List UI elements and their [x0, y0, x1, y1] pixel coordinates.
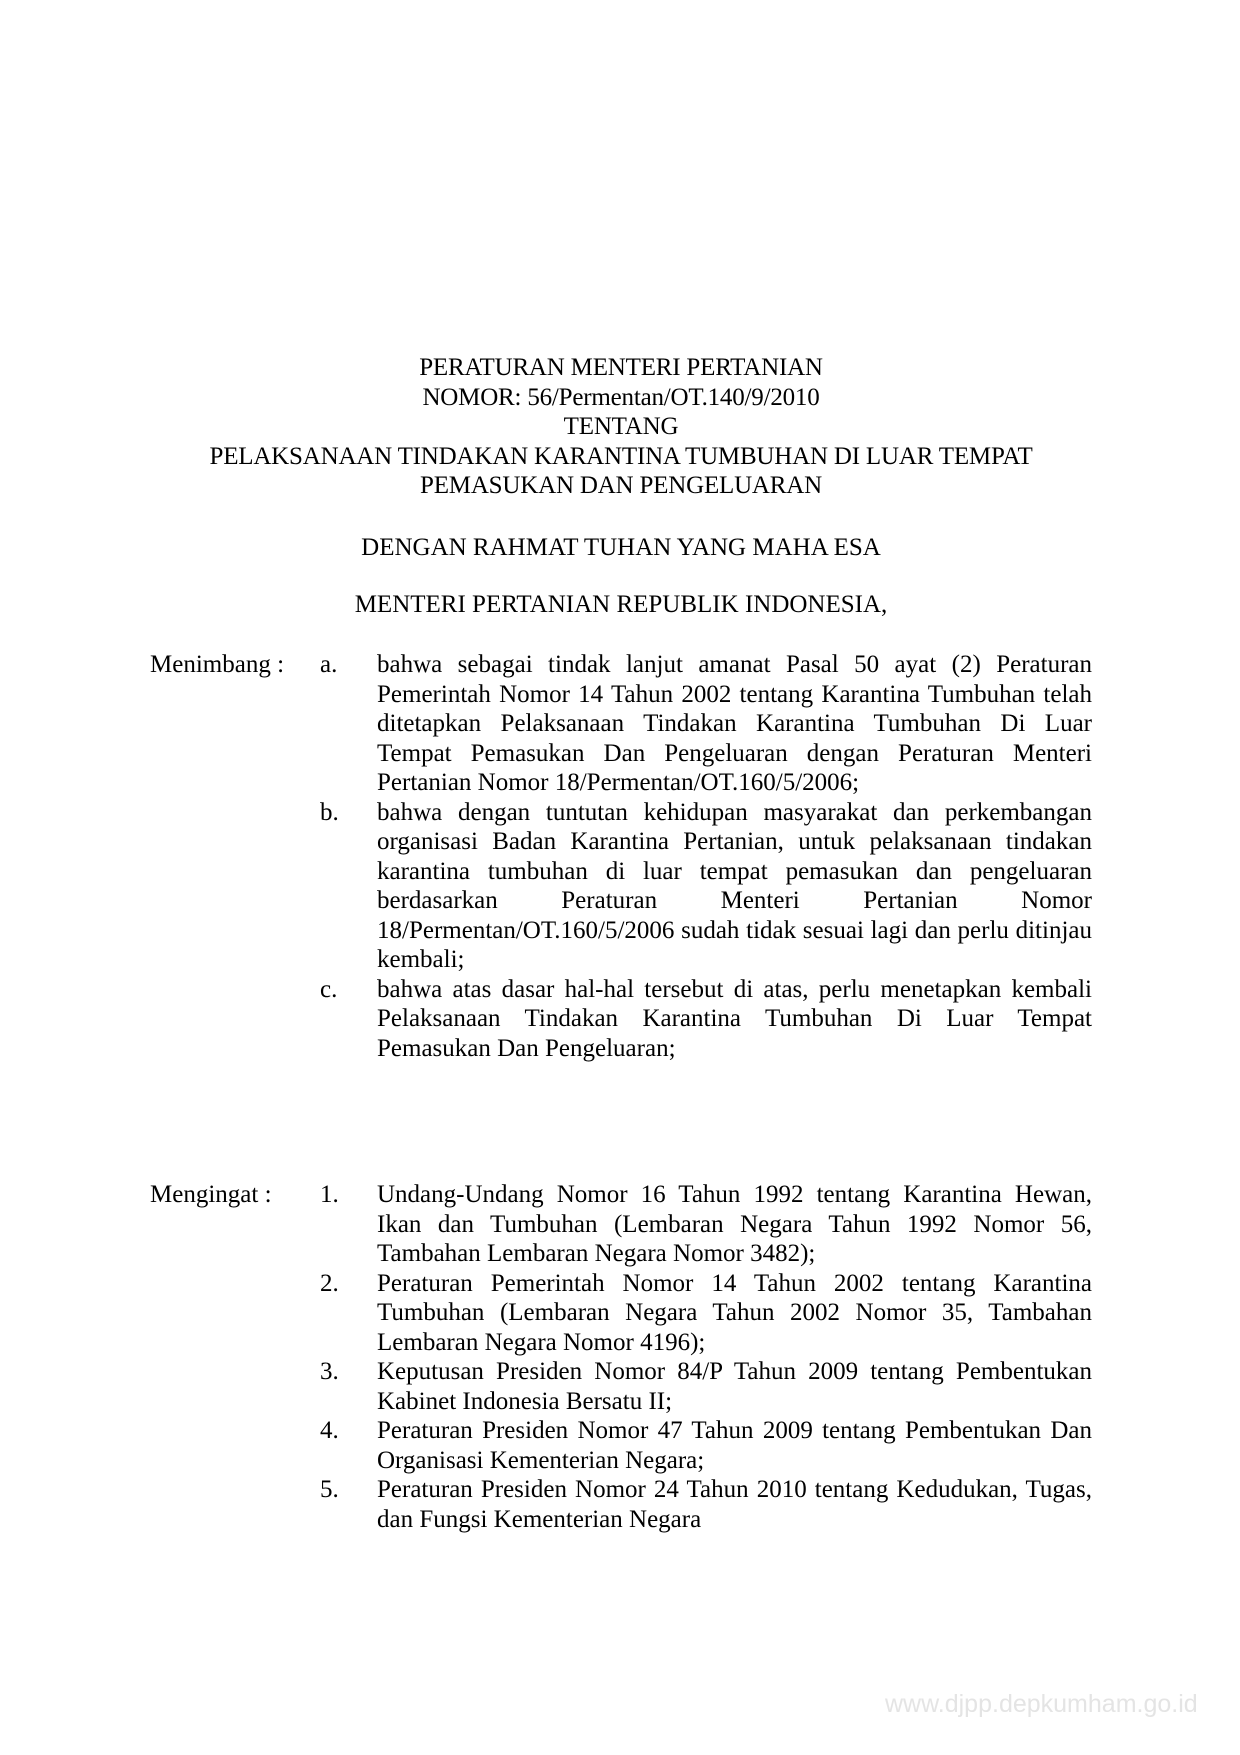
item-marker: b. — [320, 798, 339, 828]
issuer: MENTERI PERTANIAN REPUBLIK INDONESIA, — [150, 590, 1092, 620]
item-marker: 5. — [320, 1475, 339, 1505]
title-line: TENTANG — [150, 412, 1092, 442]
mengingat-section: Mengingat : 1. Undang-Undang Nomor 16 Ta… — [150, 1180, 1092, 1534]
item-marker: a. — [320, 650, 337, 680]
legal-basis-item: 4. Peraturan Presiden Nomor 47 Tahun 200… — [150, 1416, 1092, 1475]
watermark: www.djpp.depkumham.go.id — [885, 1690, 1198, 1719]
consideration-item: a. bahwa sebagai tindak lanjut amanat Pa… — [150, 650, 1092, 798]
legal-basis-item: 2. Peraturan Pemerintah Nomor 14 Tahun 2… — [150, 1269, 1092, 1358]
title-line: PERATURAN MENTERI PERTANIAN — [150, 353, 1092, 383]
item-marker: 1. — [320, 1180, 339, 1210]
item-text: Keputusan Presiden Nomor 84/P Tahun 2009… — [377, 1357, 1092, 1416]
consideration-item: c. bahwa atas dasar hal-hal tersebut di … — [150, 975, 1092, 1064]
legal-basis-item: 1. Undang-Undang Nomor 16 Tahun 1992 ten… — [150, 1180, 1092, 1269]
regulation-title: PERATURAN MENTERI PERTANIAN NOMOR: 56/Pe… — [150, 353, 1092, 501]
item-text: Peraturan Pemerintah Nomor 14 Tahun 2002… — [377, 1269, 1092, 1358]
item-marker: 3. — [320, 1357, 339, 1387]
item-marker: 2. — [320, 1269, 339, 1299]
menimbang-section: Menimbang : a. bahwa sebagai tindak lanj… — [150, 650, 1092, 1063]
legal-basis-item: 5. Peraturan Presiden Nomor 24 Tahun 201… — [150, 1475, 1092, 1534]
title-line: PELAKSANAAN TINDAKAN KARANTINA TUMBUHAN … — [150, 442, 1092, 472]
item-text: bahwa dengan tuntutan kehidupan masyarak… — [377, 798, 1092, 975]
document-page: PERATURAN MENTERI PERTANIAN NOMOR: 56/Pe… — [0, 0, 1240, 1755]
item-marker: 4. — [320, 1416, 339, 1446]
item-text: Peraturan Presiden Nomor 24 Tahun 2010 t… — [377, 1475, 1092, 1534]
title-line: PEMASUKAN DAN PENGELUARAN — [150, 471, 1092, 501]
legal-basis-item: 3. Keputusan Presiden Nomor 84/P Tahun 2… — [150, 1357, 1092, 1416]
item-text: Peraturan Presiden Nomor 47 Tahun 2009 t… — [377, 1416, 1092, 1475]
title-line: NOMOR: 56/Permentan/OT.140/9/2010 — [150, 383, 1092, 413]
item-text: Undang-Undang Nomor 16 Tahun 1992 tentan… — [377, 1180, 1092, 1269]
item-text: bahwa atas dasar hal-hal tersebut di ata… — [377, 975, 1092, 1064]
preamble: DENGAN RAHMAT TUHAN YANG MAHA ESA — [150, 533, 1092, 563]
item-text: bahwa sebagai tindak lanjut amanat Pasal… — [377, 650, 1092, 798]
item-marker: c. — [320, 975, 337, 1005]
consideration-item: b. bahwa dengan tuntutan kehidupan masya… — [150, 798, 1092, 975]
